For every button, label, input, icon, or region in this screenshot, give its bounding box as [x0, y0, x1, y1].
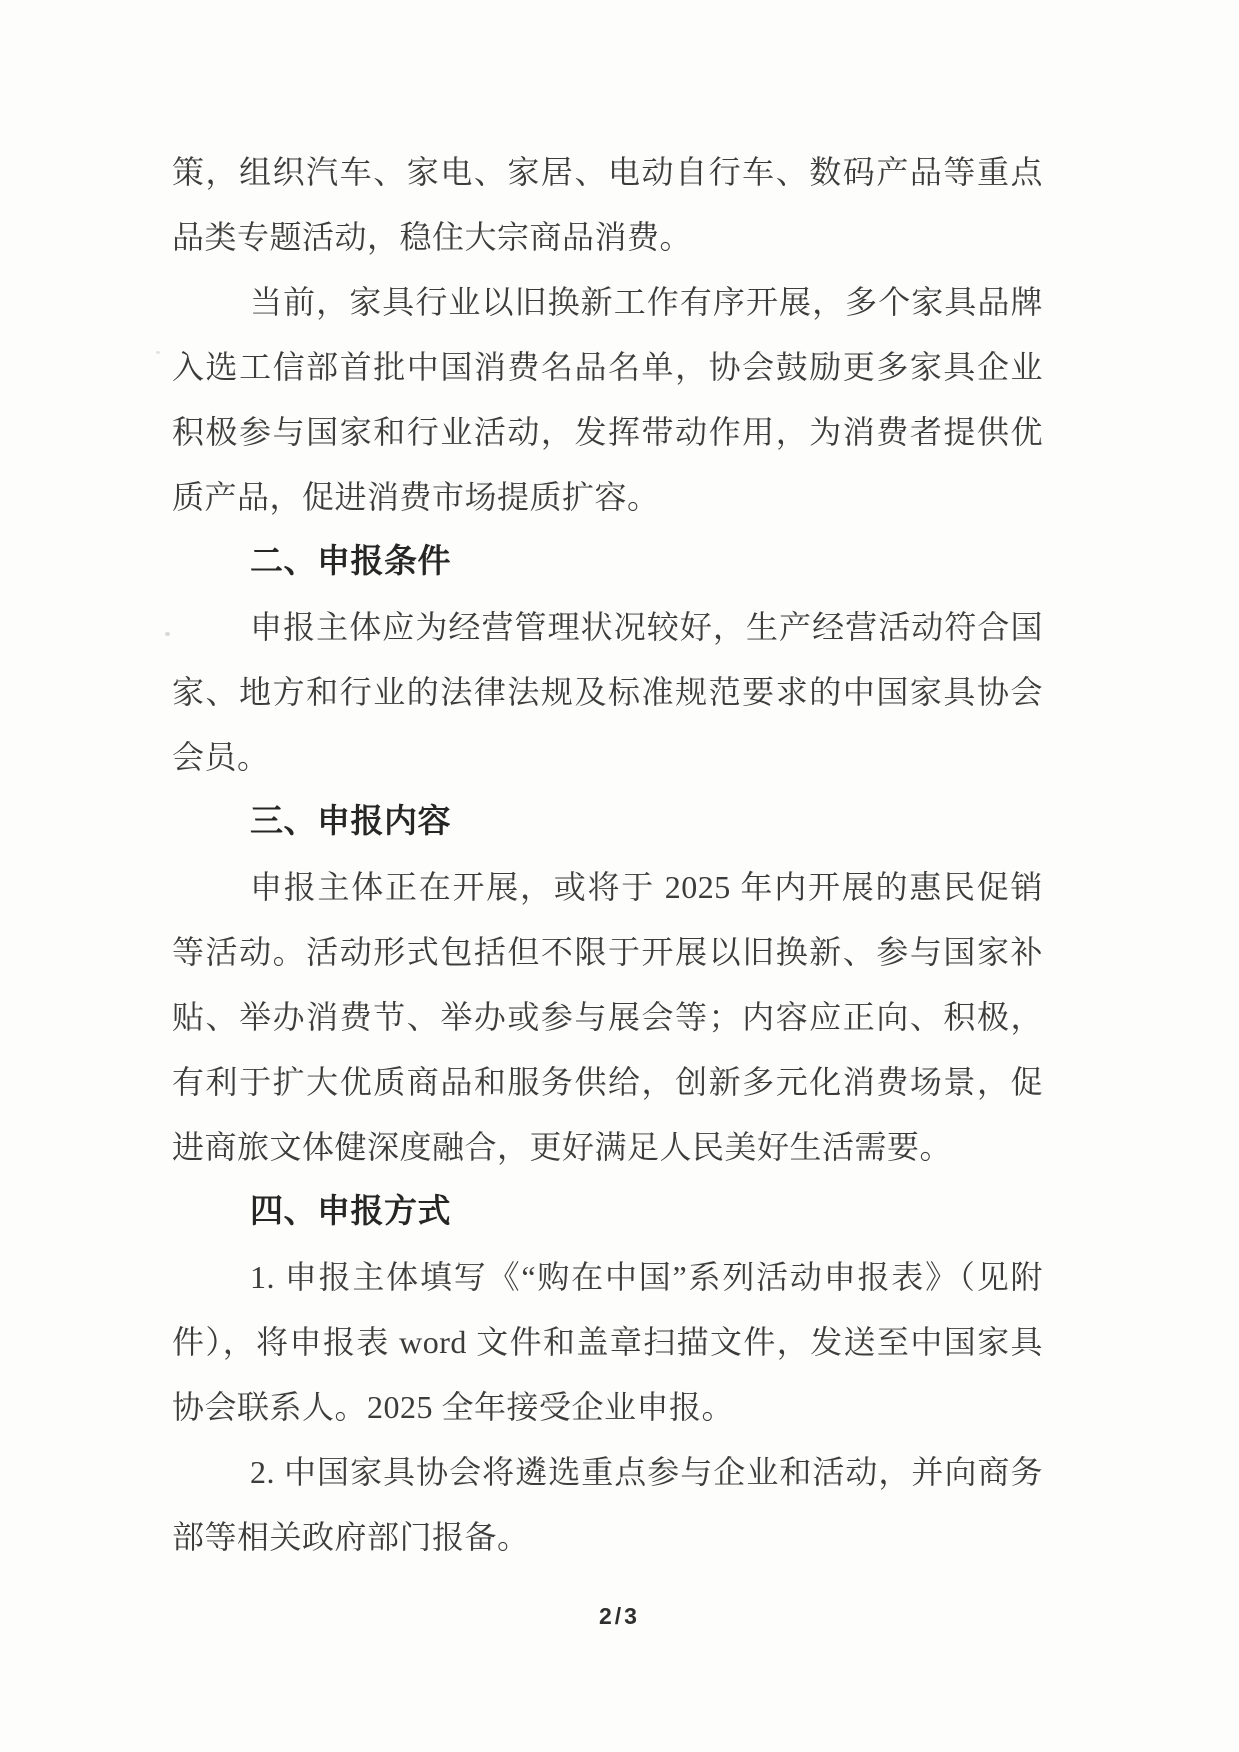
section-heading: 二、申报条件: [172, 530, 1043, 595]
body-line: 会员。: [172, 725, 1043, 790]
section-heading: 三、申报内容: [172, 790, 1043, 855]
document-page: 策，组织汽车、家电、家居、电动自行车、数码产品等重点 品类专题活动，稳住大宗商品…: [0, 0, 1239, 1752]
numbered-item-line: 2. 中国家具协会将遴选重点参与企业和活动，并向商务: [172, 1440, 1043, 1505]
body-line: 质产品，促进消费市场提质扩容。: [172, 465, 1043, 530]
body-line: 协会联系人。2025 全年接受企业申报。: [172, 1375, 1043, 1440]
scan-speck: [156, 351, 160, 354]
body-line: 入选工信部首批中国消费名品名单，协会鼓励更多家具企业: [172, 335, 1043, 400]
page-number: 2/3: [0, 1596, 1239, 1636]
body-line: 等活动。活动形式包括但不限于开展以旧换新、参与国家补: [172, 920, 1043, 985]
section-heading: 四、申报方式: [172, 1180, 1043, 1245]
body-line: 进商旅文体健深度融合，更好满足人民美好生活需要。: [172, 1115, 1043, 1180]
body-line: 家、地方和行业的法律法规及标准规范要求的中国家具协会: [172, 660, 1043, 725]
body-line: 件），将申报表 word 文件和盖章扫描文件，发送至中国家具: [172, 1310, 1043, 1375]
body-line: 当前，家具行业以旧换新工作有序开展，多个家具品牌: [172, 270, 1043, 335]
body-line: 策，组织汽车、家电、家居、电动自行车、数码产品等重点: [172, 140, 1043, 205]
body-line: 品类专题活动，稳住大宗商品消费。: [172, 205, 1043, 270]
body-line: 申报主体正在开展，或将于 2025 年内开展的惠民促销: [172, 855, 1043, 920]
body-line: 有利于扩大优质商品和服务供给，创新多元化消费场景，促: [172, 1050, 1043, 1115]
body-line: 贴、举办消费节、举办或参与展会等；内容应正向、积极，: [172, 985, 1043, 1050]
numbered-item-line: 1. 申报主体填写《“购在中国”系列活动申报表》（见附: [172, 1245, 1043, 1310]
scan-speck: [165, 632, 170, 636]
body-line: 部等相关政府部门报备。: [172, 1505, 1043, 1570]
body-line: 申报主体应为经营管理状况较好，生产经营活动符合国: [172, 595, 1043, 660]
body-line: 积极参与国家和行业活动，发挥带动作用，为消费者提供优: [172, 400, 1043, 465]
document-body: 策，组织汽车、家电、家居、电动自行车、数码产品等重点 品类专题活动，稳住大宗商品…: [172, 140, 1043, 1570]
